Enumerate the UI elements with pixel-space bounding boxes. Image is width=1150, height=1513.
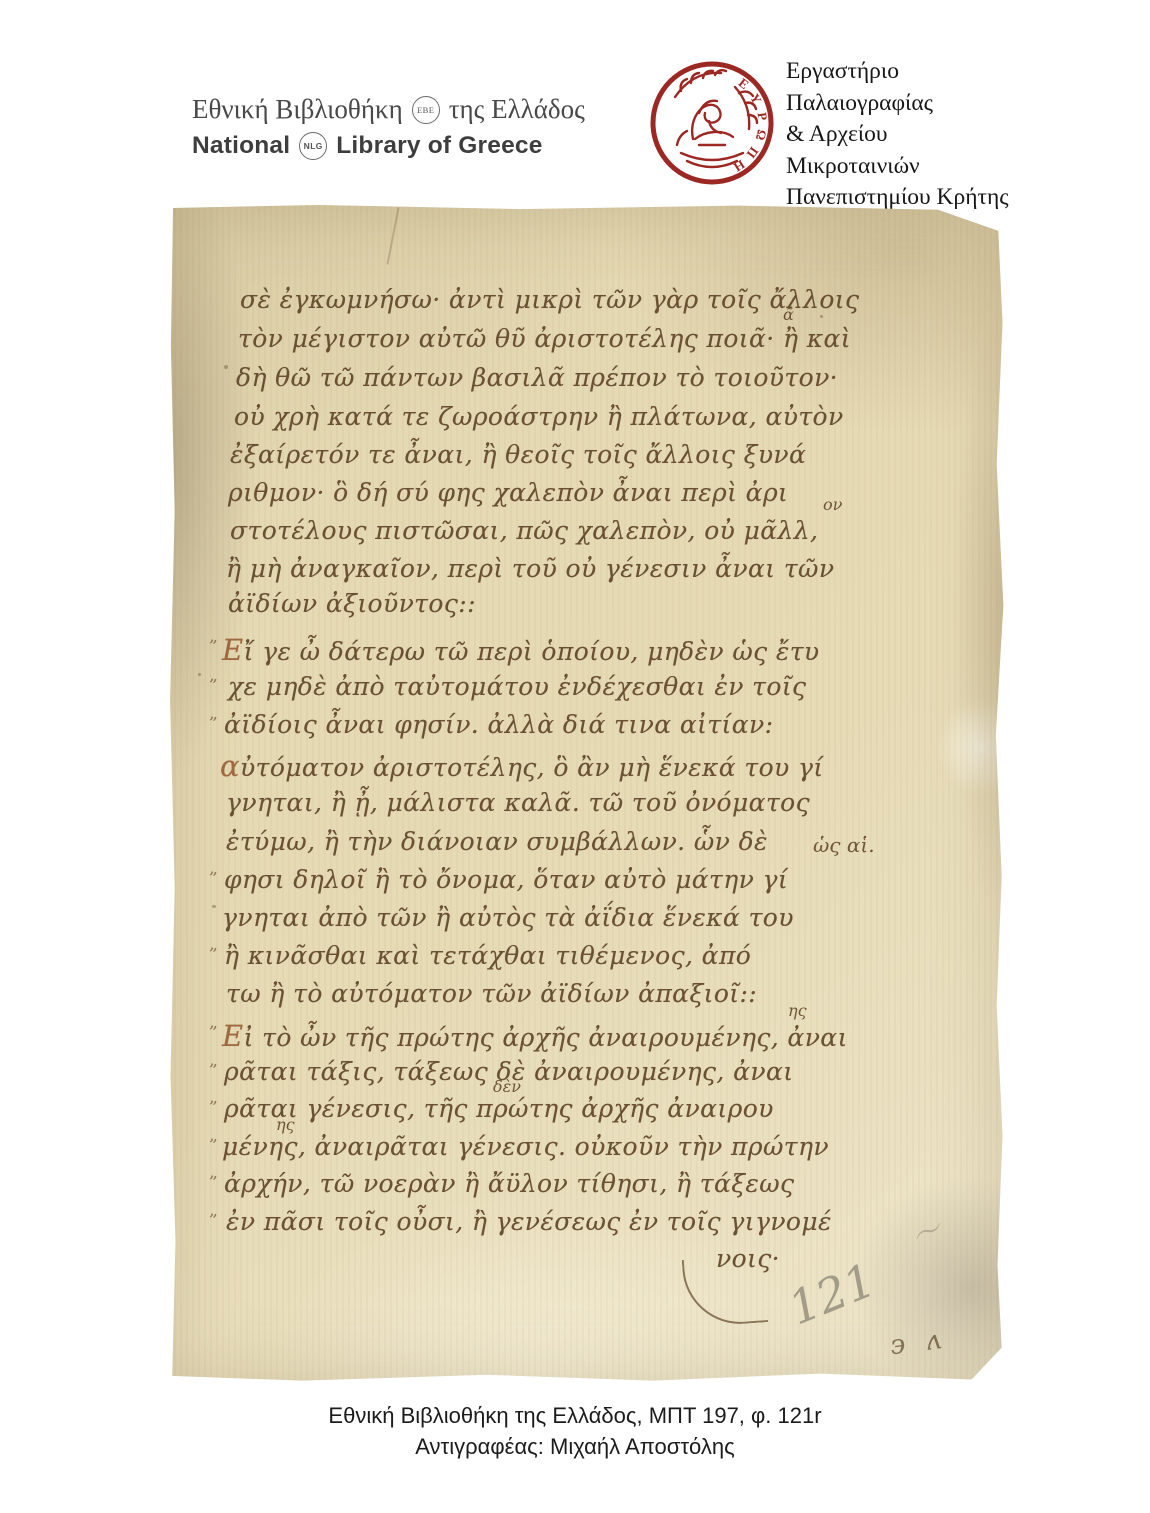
manuscript-text-line: μένης, ἀναιρᾶται γένεσις. οὐκοῦν τὴν πρώ… [222, 1132, 829, 1161]
manuscript-text-line: φησι δηλοῖ ἢ τὸ ὄνομα, ὅταν αὐτὸ μάτην γ… [224, 865, 788, 894]
figure-caption: Εθνική Βιβλιοθήκη της Ελλάδος, ΜΠΤ 197, … [0, 1400, 1150, 1462]
ebe-badge-icon: ΕΒΕ [412, 96, 440, 124]
margin-mark: ” [207, 1097, 218, 1118]
manuscript-text-line: αὐτόματον ἀριστοτέλης, ὃ ἂν μὴ ἕνεκά του… [220, 749, 824, 783]
paper-speck [224, 365, 228, 369]
manuscript-text-line: ἀϊδίων ἀξιοῦντος:: [228, 589, 476, 618]
nlg-eng-post: Library of Greece [336, 132, 542, 160]
margin-mark: ” [207, 1172, 218, 1193]
caption-shelfmark: Εθνική Βιβλιοθήκη της Ελλάδος, ΜΠΤ 197, … [0, 1400, 1150, 1431]
manuscript-scan: σὲ ἐγκωμνήσω· ἀντὶ μικρὶ τῶν γὰρ τοῖς ἄλ… [168, 205, 1005, 1383]
margin-mark: ” [207, 1135, 218, 1156]
lab-line: Εργαστήριο [786, 56, 1009, 88]
emblem-letter: Η [731, 157, 748, 175]
manuscript-text-line: ἀρχήν, τῶ νοερὰν ἢ ἄϋλον τίθησι, ἢ τάξεω… [224, 1169, 794, 1198]
manuscript-text-line: γνηται ἀπὸ τῶν ἢ αὐτὸς τὰ ἀΐδια ἕνεκά το… [222, 903, 794, 932]
nlg-logo: Εθνική Βιβλιοθήκη ΕΒΕ της Ελλάδος Nation… [192, 94, 585, 160]
lab-line: Μικροταινιών [786, 151, 1009, 183]
manuscript-text-line: δὴ θῶ τῶ πάντων βασιλᾶ πρέπον τὸ τοιοῦτο… [236, 363, 838, 392]
manuscript-text-line: ριθμον· ὃ δή σύ φης χαλεπὸν ἆναι περὶ ἀρ… [228, 478, 788, 507]
manuscript-text-line: στοτέλους πιστῶσαι, πῶς χαλεπὸν, οὐ μᾶλλ… [230, 516, 818, 545]
emblem-letter: Ω [753, 128, 770, 142]
paper-speck [820, 315, 823, 318]
interlinear-superscript: ᾶ [783, 305, 794, 324]
manuscript-text-line: τω ἢ τὸ αὐτόματον τῶν ἀϊδίων ἀπαξιοῖ:: [226, 979, 757, 1008]
margin-mark: ” [207, 675, 218, 696]
manuscript-text-line: ἀϊδίοις ἆναι φησίν. ἀλλὰ διά τινα αἰτίαν… [224, 710, 773, 739]
nlg-greek-line: Εθνική Βιβλιοθήκη ΕΒΕ της Ελλάδος [192, 94, 585, 125]
margin-mark: ” [207, 944, 218, 965]
manuscript-text-line: σὲ ἐγκωμνήσω· ἀντὶ μικρὶ τῶν γὰρ τοῖς ἄλ… [240, 285, 859, 314]
nlg-greek-pre: Εθνική Βιβλιοθήκη [192, 94, 403, 125]
manuscript-text-line: τὸν μέγιστον αὐτῶ θῦ ἀριστοτέλης ποιᾶ· ἢ… [238, 324, 851, 353]
margin-mark: ” [207, 713, 218, 734]
nlg-eng-pre: National [192, 132, 290, 160]
manuscript-text-line: ἢ μὴ ἀναγκαῖον, περὶ τοῦ οὐ γένεσιν ἆναι… [226, 554, 834, 583]
ink-scribble: ϶ ʌ [888, 1324, 948, 1362]
paper-speck [212, 905, 216, 908]
manuscript-text-line: ἐξαίρετόν τε ἆναι, ἢ θεοῖς τοῖς ἄλλοις ξ… [230, 440, 806, 469]
paper-speck [198, 673, 201, 676]
margin-mark: ” [207, 868, 218, 889]
university-of-crete-emblem-icon: Ε Υ Ρ Ω Π Η [647, 53, 777, 200]
manuscript-text-line: οὐ χρὴ κατά τε ζωροάστρην ἢ πλάτωνα, αὐτ… [234, 402, 844, 431]
interlinear-superscript: ης [276, 1115, 295, 1134]
manuscript-text-line: Εἰ τὸ ὦν τῆς πρώτης ἀρχῆς ἀναιρουμένης, … [222, 1019, 848, 1053]
nlg-greek-post: της Ελλάδος [449, 94, 585, 125]
manuscript-text-line: ἐν πᾶσι τοῖς οὖσι, ἢ γενέσεως ἐν τοῖς γι… [226, 1207, 832, 1236]
emblem-letter: Ρ [754, 111, 770, 121]
lab-line: & Αρχείου [786, 119, 1009, 151]
marginal-note: ὡς αἱ. [813, 833, 875, 857]
manuscript-text-line: γνηται, ἢ ᾖ, μάλιστα καλᾶ. τῶ τοῦ ὀνόματ… [226, 788, 810, 817]
interlinear-superscript: ον [823, 495, 842, 514]
margin-mark: ” [207, 1060, 218, 1081]
pencil-folio-number: 121 [781, 1253, 883, 1336]
manuscript-text-line: ἢ κινᾶσθαι καὶ τετάχθαι τιθέμενος, ἀπό [224, 941, 751, 970]
margin-mark: ” [207, 1022, 218, 1043]
manuscript-text-line: Εἴ γε ὦ δάτερω τῶ περὶ ὁποίου, μηδὲν ὡς … [222, 633, 820, 667]
nlg-english-line: National NLG Library of Greece [192, 132, 585, 160]
interlinear-superscript: δὲν [493, 1077, 521, 1096]
manuscript-text-line: χε μηδὲ ἀπὸ ταὐτομάτου ἐνδέχεσθαι ἐν τοῖ… [228, 672, 806, 701]
manuscript-text-line: ἐτύμω, ἢ τὴν διάνοιαν συμβάλλων. ὧν δὲ [226, 827, 768, 856]
margin-mark: ” [207, 636, 218, 657]
caption-scribe: Αντιγραφέας: Μιχαήλ Αποστόλης [0, 1431, 1150, 1462]
pencil-scribble: 〜 [901, 1205, 948, 1258]
scribal-flourish [682, 1254, 769, 1328]
margin-mark: ” [207, 1210, 218, 1231]
lab-line: Παλαιογραφίας [786, 88, 1009, 120]
manuscript-text-line: ρᾶται γένεσις, τῆς πρώτης ἀρχῆς ἀναιρου [224, 1094, 774, 1123]
paleography-lab-title: Εργαστήριο Παλαιογραφίας & Αρχείου Μικρο… [786, 56, 1009, 214]
interlinear-superscript: ης [788, 1001, 807, 1020]
paper-crease [386, 207, 399, 264]
nlg-badge-icon: NLG [299, 132, 327, 160]
